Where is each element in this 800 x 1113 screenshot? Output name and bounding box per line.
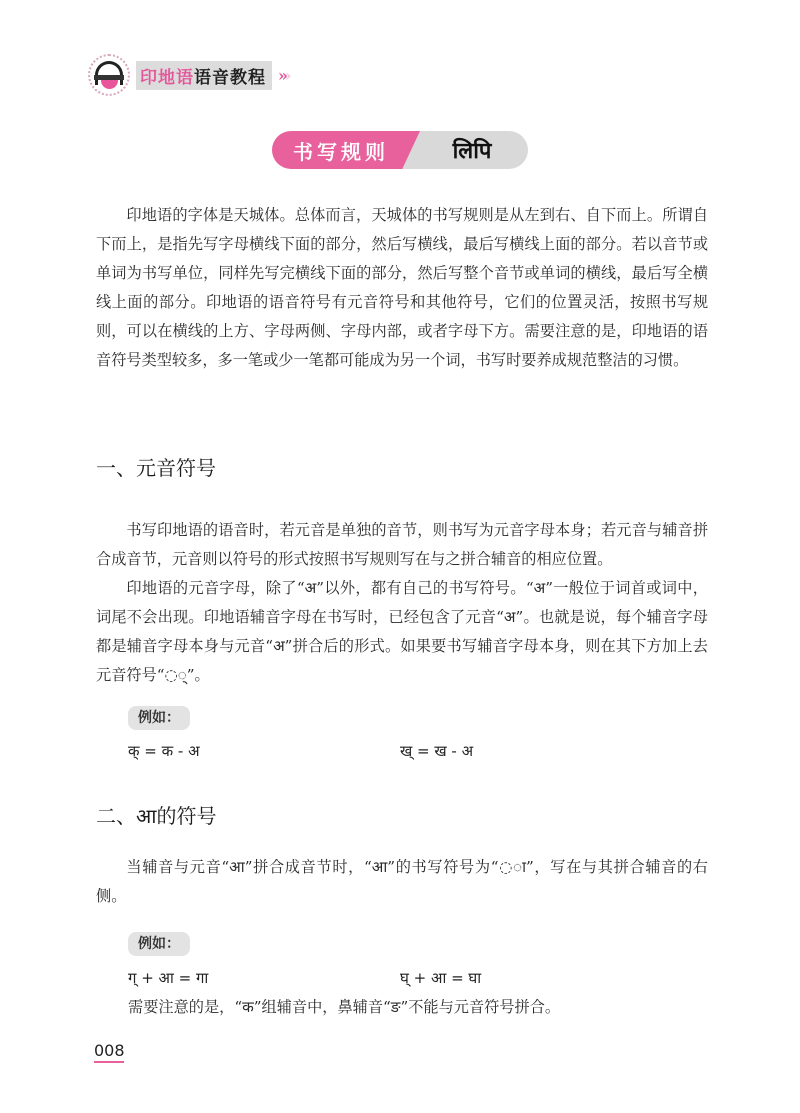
page-number-underline xyxy=(94,1061,124,1063)
book-logo-icon xyxy=(88,54,130,96)
section1-paragraph-1: 书写印地语的语音时，若元音是单独的音节，则书写为元音字母本身；若元音与辅音拼合成… xyxy=(96,516,708,574)
section1-paragraph-2: 印地语的元音字母，除了“अ”以外，都有自己的书写符号。“अ”一般位于词首或词中，… xyxy=(96,574,708,690)
chapter-title-hindi: लिपि xyxy=(402,131,528,169)
book-title: 印地语语音教程 xyxy=(136,61,272,90)
example-label: 例如： xyxy=(128,932,190,956)
example-label: 例如： xyxy=(128,706,190,730)
section-heading-aa-sign: 二、आ的符号 xyxy=(96,800,216,829)
example-formula: क् = क - अ xyxy=(128,741,200,761)
chapter-title-pill: 书写规则 लिपि xyxy=(272,131,528,169)
section2-note: 需要注意的是，“क”组辅音中，鼻辅音“ङ”不能与元音符号拼合。 xyxy=(128,993,708,1022)
chapter-title-chinese: 书写规则 xyxy=(272,131,420,169)
section-heading-vowel-signs: 一、元音符号 xyxy=(96,452,216,481)
example-formula: ग् + आ = गा xyxy=(128,968,208,988)
section2-paragraph-1: 当辅音与元音“आ”拼合成音节时，“आ”的书写符号为“◌ा”，写在与其拼合辅音的右… xyxy=(96,853,708,911)
page-number: 008 xyxy=(94,1041,125,1060)
chevron-right-icon: »› xyxy=(278,66,288,85)
intro-paragraph: 印地语的字体是天城体。总体而言，天城体的书写规则是从左到右、自下而上。所谓自下而… xyxy=(96,201,708,375)
book-title-pink: 印地语 xyxy=(140,68,194,88)
book-title-dark: 语音教程 xyxy=(194,68,266,88)
running-header: 印地语语音教程 »› xyxy=(88,52,288,98)
example-formula: घ् + आ = घा xyxy=(400,968,481,988)
example-formula: ख् = ख - अ xyxy=(400,741,473,761)
